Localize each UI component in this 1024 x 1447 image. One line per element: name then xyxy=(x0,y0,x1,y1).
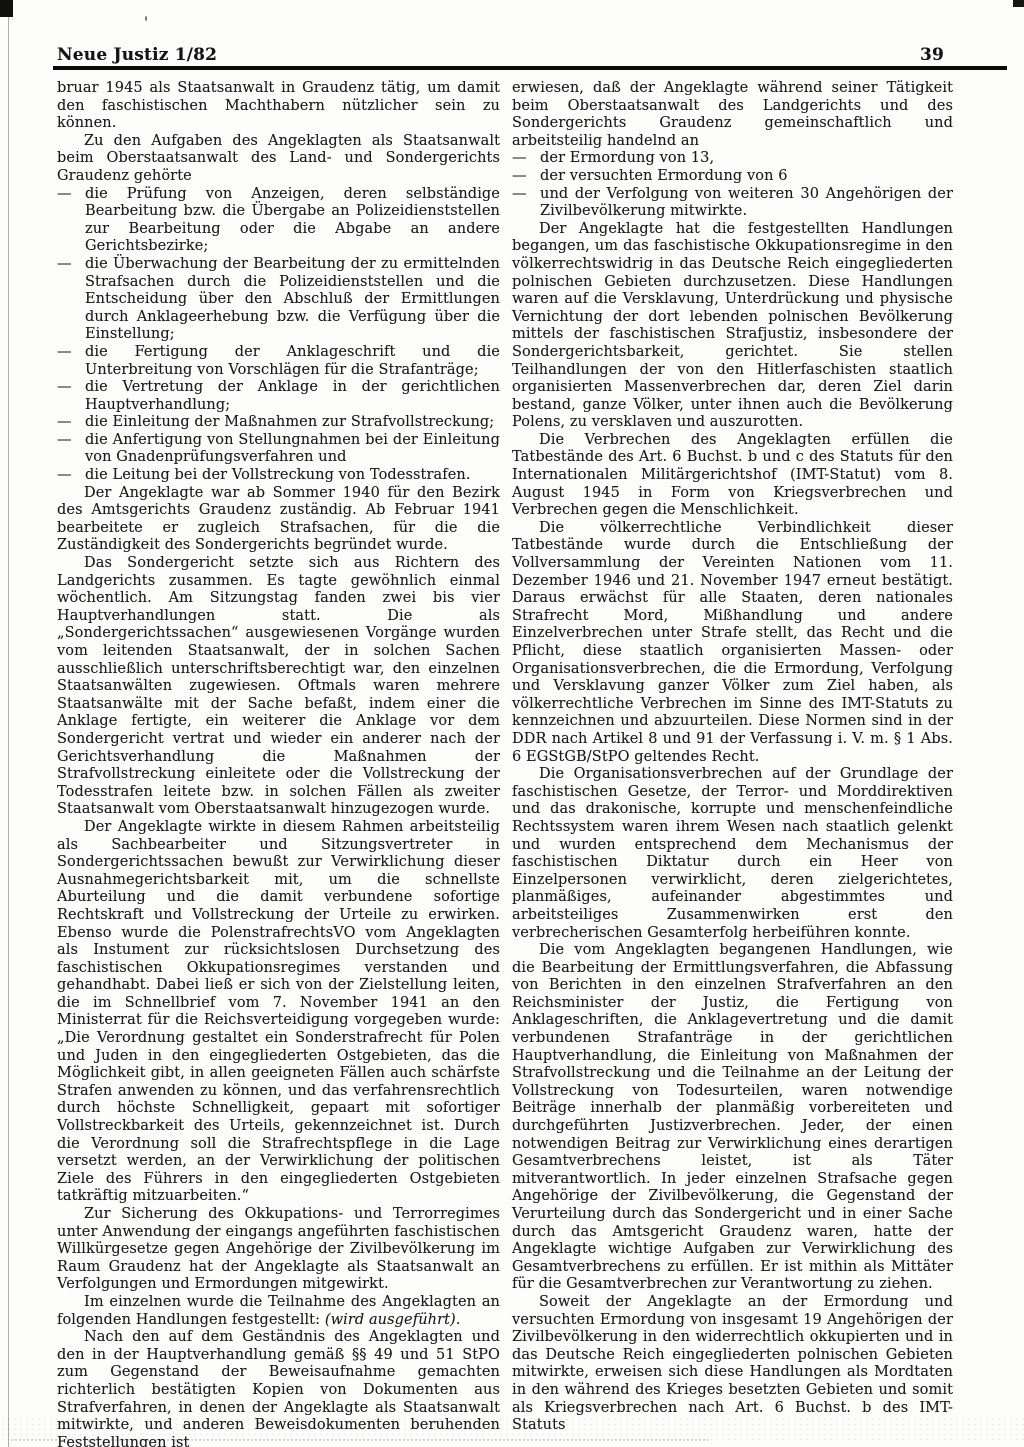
paragraph: bruar 1945 als Staatsanwalt in Graudenz … xyxy=(57,80,500,133)
text-column-right: erwiesen, daß der Angeklagte während sei… xyxy=(512,80,953,1435)
list-item: —die Überwachung der Bearbeitung der zu … xyxy=(57,256,500,344)
scan-corner-mark xyxy=(0,0,13,17)
header-rule xyxy=(53,66,1007,70)
page-number: 39 xyxy=(920,45,944,65)
bullet-dash: — xyxy=(57,432,72,450)
paragraph: Der Angeklagte wirkte in diesem Rahmen a… xyxy=(57,819,500,1206)
list-item-text: die Überwachung der Bearbeitung der zu e… xyxy=(85,256,500,342)
page-header: Neue Justiz 1/82 39 xyxy=(57,45,944,65)
list-item-text: die Leitung bei der Vollstreckung von To… xyxy=(85,467,471,483)
paragraph: Soweit der Angeklagte an der Ermordung u… xyxy=(512,1294,953,1435)
bullet-dash: — xyxy=(57,414,72,432)
scan-speck xyxy=(145,16,147,21)
list-item: —die Vertretung der Anklage in der geric… xyxy=(57,379,500,414)
list-item-text: und der Verfolgung von weiteren 30 Angeh… xyxy=(540,186,953,220)
italic-text-run: (wird ausgeführt). xyxy=(325,1312,461,1328)
bullet-dash: — xyxy=(512,186,527,204)
list-item: —der versuchten Ermordung von 6 xyxy=(512,168,953,186)
list-item-text: die Fertigung der Anklageschrift und die… xyxy=(85,344,500,378)
text-column-left: bruar 1945 als Staatsanwalt in Graudenz … xyxy=(57,80,500,1447)
list-item-text: die Prüfung von Anzeigen, deren selbstän… xyxy=(85,186,500,255)
paragraph: Die völkerrechtliche Verbindlichkeit die… xyxy=(512,520,953,766)
list-item: —die Prüfung von Anzeigen, deren selbstä… xyxy=(57,186,500,256)
paragraph: Der Angeklagte war ab Sommer 1940 für de… xyxy=(57,485,500,555)
list-item: —der Ermordung von 13, xyxy=(512,150,953,168)
scan-edge-line xyxy=(8,0,9,1447)
bullet-dash: — xyxy=(57,344,72,362)
paragraph: Die Organisationsverbrechen auf der Grun… xyxy=(512,766,953,942)
paragraph: Die vom Angeklagten begangenen Handlunge… xyxy=(512,942,953,1294)
bullet-dash: — xyxy=(57,379,72,397)
paragraph: Der Angeklagte hat die festgestellten Ha… xyxy=(512,221,953,432)
paragraph: Zu den Aufgaben des Angeklagten als Staa… xyxy=(57,133,500,186)
list-item-text: der versuchten Ermordung von 6 xyxy=(540,168,788,184)
scan-corner-mark-right xyxy=(1013,0,1024,7)
paragraph: Nach den auf dem Geständnis des Angeklag… xyxy=(57,1329,500,1447)
list-item-text: die Anfertigung von Stellungnahmen bei d… xyxy=(85,432,500,466)
list-item-text: der Ermordung von 13, xyxy=(540,150,714,166)
list-item-text: die Einleitung der Maßnahmen zur Strafvo… xyxy=(85,414,494,430)
bullet-dash: — xyxy=(512,168,527,186)
paragraph: Das Sondergericht setzte sich aus Richte… xyxy=(57,555,500,819)
journal-title: Neue Justiz 1/82 xyxy=(57,45,217,65)
scanned-journal-page: Neue Justiz 1/82 39 bruar 1945 als Staat… xyxy=(0,0,1024,1447)
paragraph: Zur Sicherung des Okkupations- und Terro… xyxy=(57,1206,500,1294)
bullet-dash: — xyxy=(57,467,72,485)
list-item: —die Anfertigung von Stellungnahmen bei … xyxy=(57,432,500,467)
list-item: —die Leitung bei der Vollstreckung von T… xyxy=(57,467,500,485)
list-item-text: die Vertretung der Anklage in der gerich… xyxy=(85,379,500,413)
list-item: —die Einleitung der Maßnahmen zur Strafv… xyxy=(57,414,500,432)
bullet-dash: — xyxy=(57,186,72,204)
paragraph: Im einzelnen wurde die Teilnahme des Ang… xyxy=(57,1294,500,1329)
bullet-dash: — xyxy=(57,256,72,274)
list-item: —die Fertigung der Anklageschrift und di… xyxy=(57,344,500,379)
paragraph: erwiesen, daß der Angeklagte während sei… xyxy=(512,80,953,150)
bullet-dash: — xyxy=(512,150,527,168)
list-item: —und der Verfolgung von weiteren 30 Ange… xyxy=(512,186,953,221)
paragraph: Die Verbrechen des Angeklagten erfüllen … xyxy=(512,432,953,520)
